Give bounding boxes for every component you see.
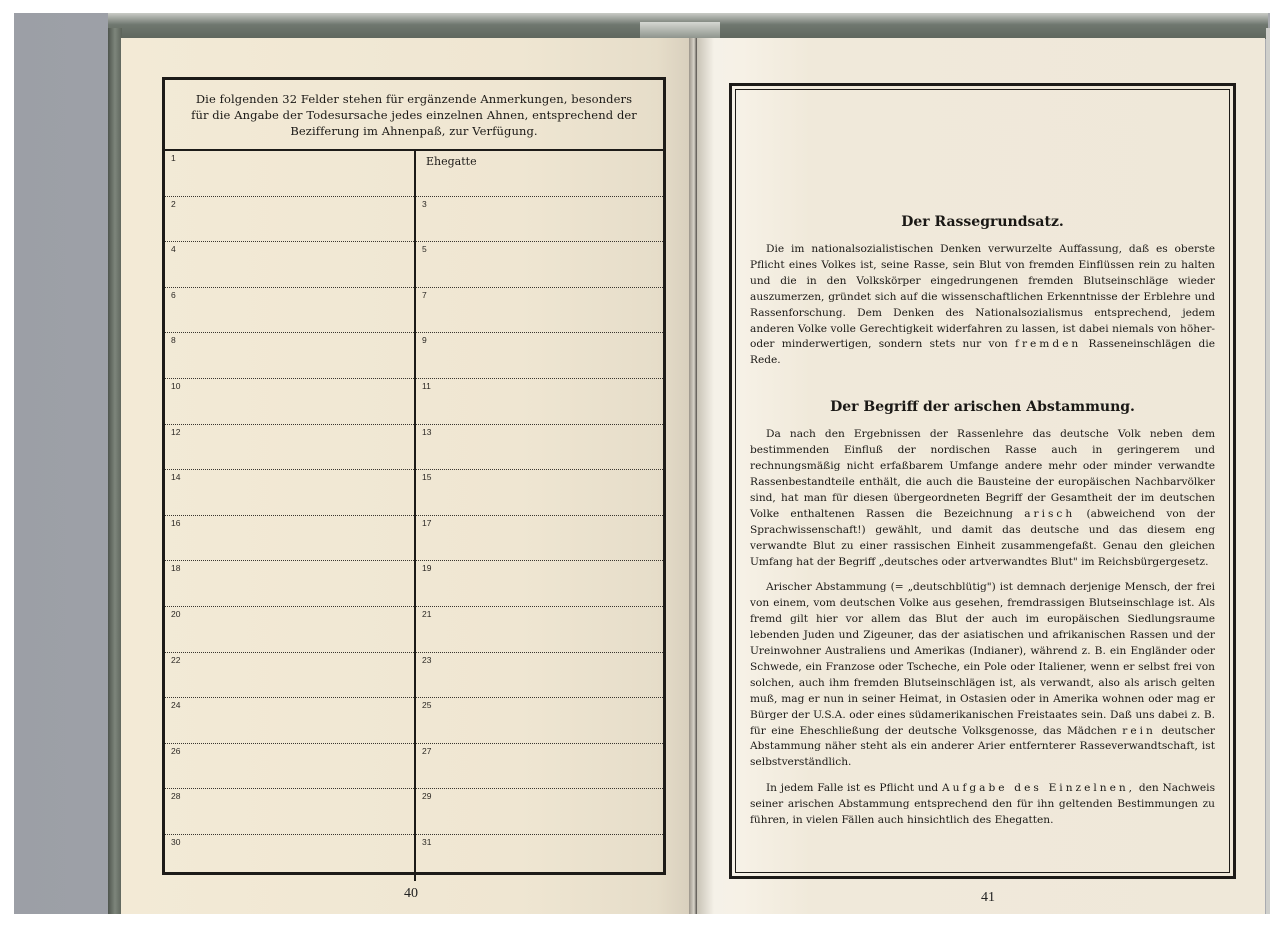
section-heading: Der Begriff der arischen Abstammung. [750, 399, 1215, 415]
emphasis-spaced: rein [1122, 725, 1156, 737]
field-cell[interactable]: 14 [165, 470, 414, 516]
form-intro-text: Die folgenden 32 Felder stehen für ergän… [165, 80, 663, 151]
annotation-grid: 1 2 4 6 8 10 12 14 16 18 20 22 24 26 28 … [165, 151, 663, 872]
intro-line: Die folgenden 32 Felder stehen für ergän… [191, 91, 637, 107]
field-number: 12 [171, 427, 180, 437]
field-cell[interactable]: 8 [165, 333, 414, 379]
field-number: 9 [422, 335, 427, 345]
field-cell[interactable]: 15 [416, 470, 663, 516]
field-cell[interactable]: 13 [416, 425, 663, 471]
field-number: 30 [171, 837, 180, 847]
field-number: 23 [422, 655, 431, 665]
field-cell[interactable]: 30 [165, 835, 414, 881]
field-cell[interactable]: 24 [165, 698, 414, 744]
text-frame: Der Rassegrundsatz. Die im nationalsozia… [729, 83, 1236, 879]
field-cell[interactable]: 17 [416, 516, 663, 562]
emphasis-spaced: arisch [1024, 508, 1075, 520]
field-number: 14 [171, 472, 180, 482]
spouse-field-cell[interactable]: Ehegatte [416, 151, 663, 197]
paragraph: Arischer Abstammung (= „deutschblütig") … [750, 580, 1215, 771]
spouse-label: Ehegatte [426, 155, 477, 168]
text-run: Die im nationalsozialistischen Denken ve… [750, 243, 1215, 350]
book-cover-left-edge [108, 28, 122, 914]
field-cell[interactable]: 26 [165, 744, 414, 790]
field-cell[interactable]: 23 [416, 653, 663, 699]
field-number: 4 [171, 244, 176, 254]
field-cell[interactable]: 4 [165, 242, 414, 288]
field-number: 5 [422, 244, 427, 254]
paragraph: In jedem Falle ist es Pflicht und Aufgab… [750, 781, 1215, 829]
paragraph: Die im nationalsozialistischen Denken ve… [750, 242, 1215, 369]
paragraph: Da nach den Ergebnissen der Rassenlehre … [750, 427, 1215, 570]
field-cell[interactable]: 22 [165, 653, 414, 699]
field-number: 18 [171, 563, 180, 573]
field-cell[interactable]: 5 [416, 242, 663, 288]
emphasis-spaced: Aufgabe des Einzelnen, [942, 782, 1135, 794]
field-number: 27 [422, 746, 431, 756]
field-number: 29 [422, 791, 431, 801]
field-cell[interactable]: 18 [165, 561, 414, 607]
field-cell[interactable]: 10 [165, 379, 414, 425]
book-cover-right-edge [1266, 28, 1270, 914]
field-number: 1 [171, 153, 176, 163]
section-heading: Der Rassegrundsatz. [750, 214, 1215, 230]
text-run: In jedem Falle ist es Pflicht und [766, 782, 938, 794]
field-cell[interactable]: 2 [165, 197, 414, 243]
field-cell[interactable]: 29 [416, 789, 663, 835]
field-cell[interactable]: 16 [165, 516, 414, 562]
field-cell[interactable]: 19 [416, 561, 663, 607]
field-number: 31 [422, 837, 431, 847]
field-number: 24 [171, 700, 180, 710]
field-cell[interactable]: 20 [165, 607, 414, 653]
text-run: Arischer Abstammung (= „deutschblütig") … [750, 581, 1215, 736]
field-number: 6 [171, 290, 176, 300]
field-number: 11 [422, 381, 431, 391]
field-cell[interactable]: 1 [165, 151, 414, 197]
field-number: 13 [422, 427, 431, 437]
field-cell[interactable]: 31 [416, 835, 663, 881]
field-number: 19 [422, 563, 431, 573]
field-number: 17 [422, 518, 431, 528]
field-cell[interactable]: 7 [416, 288, 663, 334]
field-number: 28 [171, 791, 180, 801]
field-number: 10 [171, 381, 180, 391]
page-number-left: 40 [404, 886, 418, 902]
page-number-right: 41 [981, 890, 995, 906]
field-cell[interactable]: 28 [165, 789, 414, 835]
left-column: 1 2 4 6 8 10 12 14 16 18 20 22 24 26 28 … [165, 151, 416, 881]
field-number: 2 [171, 199, 176, 209]
field-cell[interactable]: 27 [416, 744, 663, 790]
field-number: 3 [422, 199, 427, 209]
field-cell[interactable]: 9 [416, 333, 663, 379]
field-number: 7 [422, 290, 427, 300]
field-number: 16 [171, 518, 180, 528]
right-column: Ehegatte 3 5 7 9 11 13 15 17 19 21 23 25… [416, 151, 663, 881]
intro-line: Bezifferung im Ahnenpaß, zur Verfügung. [191, 123, 637, 139]
field-cell[interactable]: 25 [416, 698, 663, 744]
field-number: 21 [422, 609, 431, 619]
field-number: 22 [171, 655, 180, 665]
text-run: Da nach den Ergebnissen der Rassenlehre … [750, 428, 1215, 520]
field-number: 25 [422, 700, 431, 710]
field-number: 20 [171, 609, 180, 619]
book-spine-top [640, 22, 720, 38]
field-cell[interactable]: 21 [416, 607, 663, 653]
intro-line: für die Angabe der Todesursache jedes ei… [191, 107, 637, 123]
text-body: Der Rassegrundsatz. Die im nationalsozia… [750, 214, 1215, 839]
field-cell[interactable]: 6 [165, 288, 414, 334]
field-number: 8 [171, 335, 176, 345]
field-number: 15 [422, 472, 431, 482]
emphasis-spaced: fremden [1015, 338, 1081, 350]
field-number: 26 [171, 746, 180, 756]
field-cell[interactable]: 11 [416, 379, 663, 425]
field-cell[interactable]: 3 [416, 197, 663, 243]
field-cell[interactable]: 12 [165, 425, 414, 471]
annotation-form: Die folgenden 32 Felder stehen für ergän… [162, 77, 666, 875]
